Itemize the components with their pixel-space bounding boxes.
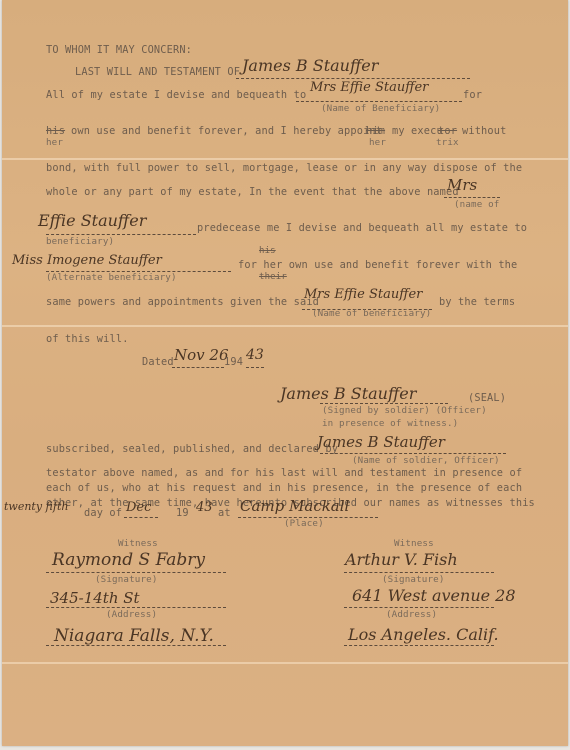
line2-text: own use and benefit forever, and I hereb… — [71, 125, 382, 137]
witness-1-address: 345-14th St — [50, 589, 140, 607]
title-prefix: LAST WILL AND TESTAMENT OF — [75, 66, 240, 78]
testator-signature[interactable]: James B Stauffer — [280, 384, 416, 403]
underline — [124, 517, 158, 518]
struck-their: their — [259, 272, 287, 282]
correction-her-2: her — [369, 137, 386, 148]
witness-1-heading: Witness — [118, 538, 158, 549]
underline — [246, 367, 264, 368]
place-handwritten: Camp Mackall — [240, 497, 349, 515]
mrs-handwritten: Mrs — [447, 176, 477, 194]
city-line — [46, 645, 226, 646]
effie-handwritten: Effie Stauffer — [38, 211, 146, 230]
underline — [46, 234, 196, 235]
struck-his: his — [46, 125, 65, 137]
year2-prefix: 19 — [176, 507, 189, 519]
address-line — [344, 607, 494, 608]
alternate-beneficiary-handwritten: Miss Imogene Stauffer — [12, 253, 162, 268]
witness-1-signature[interactable]: Raymond S Fabry — [52, 550, 205, 570]
day-handwritten: twenty fifth — [4, 500, 68, 513]
for-text: for — [463, 89, 482, 101]
line6-text: for her own use and benefit forever with… — [238, 259, 517, 271]
subscribed-text: subscribed, sealed, published, and decla… — [46, 443, 338, 455]
signature-line — [344, 572, 494, 573]
salutation: TO WHOM IT MAY CONCERN: — [46, 44, 192, 56]
label-place: (Place) — [284, 518, 324, 529]
attestation-line-1: testator above named, as and for his las… — [46, 467, 522, 479]
label-name-of: (name of — [454, 199, 499, 210]
underline — [172, 367, 224, 368]
testator-name-handwritten: James B Stauffer — [242, 56, 378, 75]
witness-2-signature[interactable]: Arthur V. Fish — [345, 550, 458, 569]
line3: bond, with full power to sell, mortgage,… — [46, 162, 522, 174]
label-beneficiary: (Name of Beneficiary) — [321, 103, 440, 114]
struck-tor: tor — [438, 125, 457, 137]
label-address: (Address) — [106, 609, 157, 620]
date-handwritten: Nov 26 — [174, 346, 229, 364]
underline — [236, 78, 470, 79]
signature-line — [46, 572, 226, 573]
month-handwritten: Dec — [126, 500, 151, 515]
label-signature: (Signature) — [95, 574, 158, 585]
witness-1-city: Niagara Falls, N.Y. — [54, 626, 214, 646]
testator-name-handwritten-2: James B Stauffer — [317, 433, 445, 451]
year-handwritten: 43 — [246, 347, 264, 363]
by-the-terms: by the terms — [439, 296, 515, 308]
line5-text: predecease me I devise and bequeath all … — [197, 222, 527, 234]
at-text: at — [218, 507, 231, 519]
will-document: TO WHOM IT MAY CONCERN: LAST WILL AND TE… — [2, 0, 568, 746]
label-presence: in presence of witness.) — [322, 418, 458, 429]
seal-label: (SEAL) — [468, 392, 506, 404]
fold-crease — [2, 662, 568, 664]
city-line — [344, 645, 494, 646]
underline — [320, 453, 506, 454]
label-address-2: (Address) — [386, 609, 437, 620]
underline — [296, 101, 462, 102]
fold-crease — [2, 325, 568, 327]
line7-text: same powers and appointments given the s… — [46, 296, 319, 308]
signature-line — [320, 403, 448, 404]
line4: whole or any part of my estate, In the e… — [46, 186, 459, 198]
label-alternate: (Alternate beneficiary) — [46, 272, 177, 283]
day-of: day of — [84, 507, 122, 519]
witness-2-heading: Witness — [394, 538, 434, 549]
label-beneficiary-2: beneficiary) — [46, 236, 114, 247]
without-text: without — [462, 125, 506, 137]
correction-her: her — [46, 137, 63, 148]
beneficiary-handwritten: Mrs Effie Stauffer — [310, 80, 428, 95]
said-beneficiary-handwritten: Mrs Effie Stauffer — [304, 287, 422, 302]
witness-2-address: 641 West avenue 28 — [352, 586, 516, 605]
struck-him: him — [366, 125, 385, 137]
struck-his-2: his — [259, 246, 276, 256]
executor-text: my execu — [392, 125, 443, 137]
label-soldier: (Name of soldier, Officer) — [352, 455, 500, 466]
label-name-beneficiary: (Name of beneficiary) — [312, 308, 431, 319]
attestation-line-2: each of us, who at his request and in hi… — [46, 482, 522, 494]
label-signed: (Signed by soldier) (Officer) — [322, 405, 487, 416]
line8: of this will. — [46, 333, 129, 345]
correction-trix: trix — [436, 137, 459, 148]
underline — [444, 197, 500, 198]
bequest-line: All of my estate I devise and bequeath t… — [46, 89, 306, 101]
address-line — [46, 607, 226, 608]
fold-crease — [2, 158, 568, 160]
year2-handwritten: 43 — [196, 500, 213, 515]
label-signature-2: (Signature) — [382, 574, 445, 585]
witness-2-city: Los Angeles. Calif. — [348, 625, 499, 644]
dated-label: Dated — [142, 356, 174, 368]
year-prefix: 194 — [224, 356, 243, 368]
